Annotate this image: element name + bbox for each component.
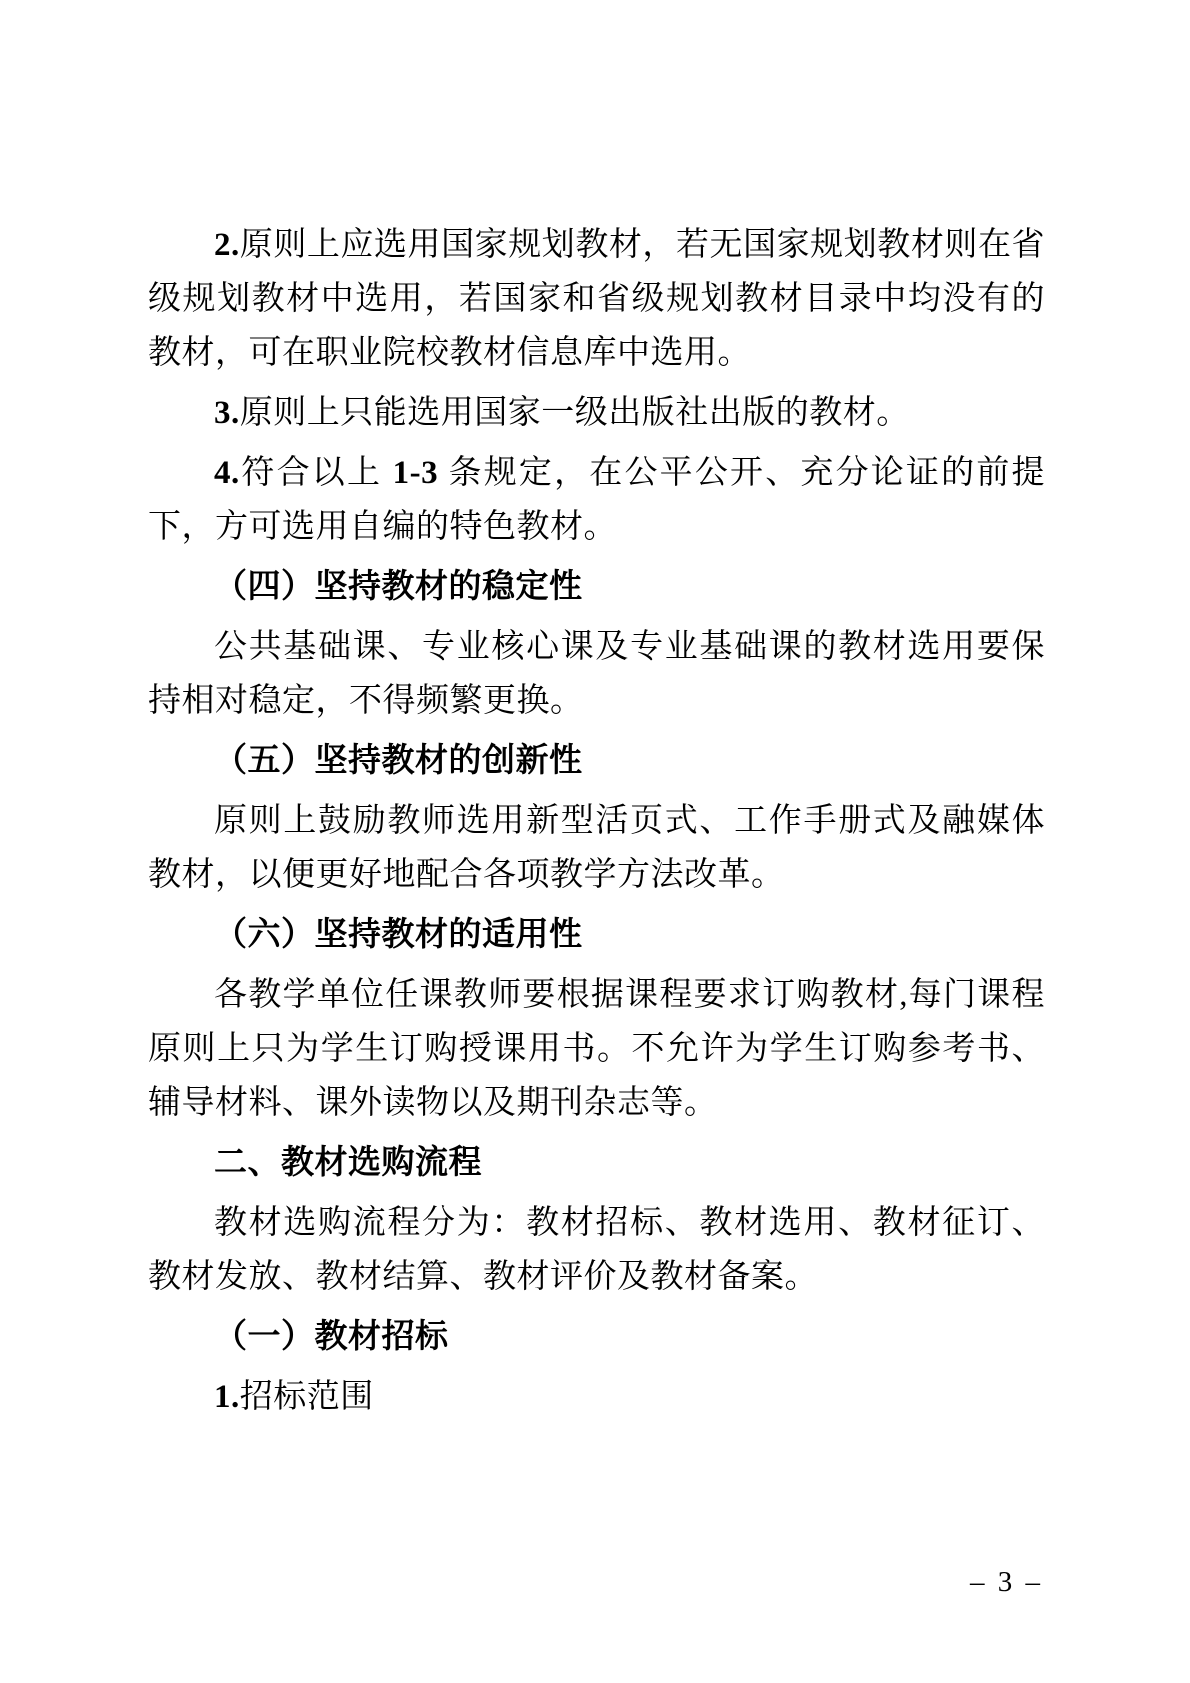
- paragraph-item-3: 3.原则上只能选用国家一级出版社出版的教材。: [148, 386, 1045, 440]
- section-heading-5: （五）坚持教材的创新性: [148, 734, 1045, 788]
- document-page: 2.原则上应选用国家规划教材，若无国家规划教材则在省级规划教材中选用，若国家和省…: [0, 0, 1190, 1683]
- paragraph-text: 原则上只能选用国家一级出版社出版的教材。: [240, 395, 910, 431]
- paragraph-text: 招标范围: [240, 1379, 374, 1415]
- inline-number-range: 1-3: [393, 455, 439, 491]
- paragraph: 原则上鼓励教师选用新型活页式、工作手册式及融媒体教材，以便更好地配合各项教学方法…: [148, 794, 1045, 902]
- paragraph: 公共基础课、专业核心课及专业基础课的教材选用要保持相对稳定，不得频繁更换。: [148, 620, 1045, 728]
- document-body: 2.原则上应选用国家规划教材，若无国家规划教材则在省级规划教材中选用，若国家和省…: [148, 218, 1045, 1424]
- paragraph: 教材选购流程分为：教材招标、教材选用、教材征订、教材发放、教材结算、教材评价及教…: [148, 1196, 1045, 1304]
- chapter-heading-2: 二、教材选购流程: [148, 1136, 1045, 1190]
- page-number: – 3 –: [970, 1565, 1043, 1599]
- paragraph-text: 符合以上: [240, 455, 393, 491]
- paragraph: 各教学单位任课教师要根据课程要求订购教材,每门课程原则上只为学生订购授课用书。不…: [148, 968, 1045, 1130]
- section-heading-4: （四）坚持教材的稳定性: [148, 560, 1045, 614]
- list-number: 3.: [214, 395, 240, 431]
- paragraph-item-2: 2.原则上应选用国家规划教材，若无国家规划教材则在省级规划教材中选用，若国家和省…: [148, 218, 1045, 380]
- list-number: 2.: [214, 227, 240, 263]
- section-heading-6: （六）坚持教材的适用性: [148, 908, 1045, 962]
- section-heading-1: （一）教材招标: [148, 1310, 1045, 1364]
- paragraph-item-4: 4.符合以上 1-3 条规定，在公平公开、充分论证的前提下，方可选用自编的特色教…: [148, 446, 1045, 554]
- list-number: 1.: [214, 1379, 240, 1415]
- paragraph-text: 原则上应选用国家规划教材，若无国家规划教材则在省级规划教材中选用，若国家和省级规…: [148, 227, 1045, 371]
- paragraph-item-1: 1.招标范围: [148, 1370, 1045, 1424]
- list-number: 4.: [214, 455, 240, 491]
